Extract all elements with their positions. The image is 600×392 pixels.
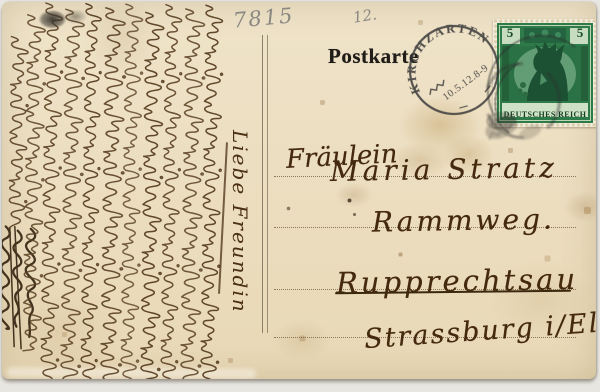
handwritten-message-line [101, 8, 127, 379]
handwritten-message-line [201, 5, 224, 379]
handwritten-message-line [41, 3, 64, 379]
divider-line [262, 35, 268, 333]
address-district: Rupprechtsau [336, 262, 579, 300]
handwritten-message-line [181, 9, 206, 379]
message-lines-group [2, 2, 224, 379]
address-name: Maria Stratz [330, 151, 558, 188]
handwritten-message-line [60, 9, 85, 379]
message-greeting: Liebe Freundin [228, 130, 252, 310]
handwritten-message-line [81, 4, 103, 379]
handwritten-message-line [161, 5, 183, 379]
address-street: Rammweg. [372, 202, 555, 238]
handwritten-message-line [121, 4, 144, 379]
pencil-price-note: 12. [352, 5, 378, 27]
ink-blot [32, 4, 96, 32]
handwritten-message-line [9, 37, 29, 229]
handwritten-message-line [140, 12, 164, 379]
postcard: 7815 12. Postkarte Liebe Freundin Fräule… [2, 2, 596, 379]
postcard-photo: 7815 12. Postkarte Liebe Freundin Fräule… [0, 0, 600, 392]
